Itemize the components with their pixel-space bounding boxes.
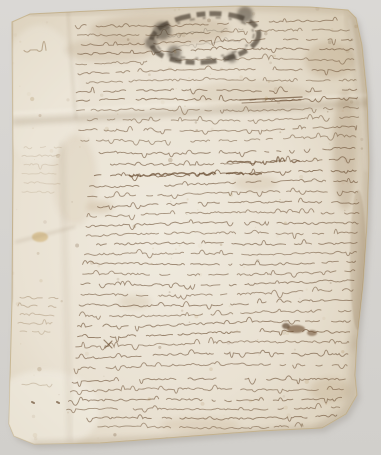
paper-speckle [34,375,35,376]
manuscript-svg [0,0,381,455]
paper-speckle [32,127,34,129]
paper-speckle [299,175,303,179]
paper-speckle [259,395,263,399]
paper-speckle [322,317,325,320]
paper-speckle [236,330,238,332]
paper-speckle [281,330,286,335]
paper-speckle [39,279,42,282]
paper-speckle [209,367,213,371]
paper-speckle [227,341,231,345]
paper-speckle [305,380,309,384]
paper-speckle [168,66,172,70]
paper-speckle [18,302,19,303]
paper-speckle [346,49,350,53]
paper-speckle [188,77,190,79]
paper-speckle [351,39,353,41]
paper-speckle [175,248,177,250]
manuscript-photo [0,0,381,455]
paper-speckle [151,263,153,265]
ink-mark [32,402,34,403]
paper-speckle [279,131,281,133]
paper-speckle [97,265,100,268]
paper-speckle [238,196,239,197]
paper-speckle [350,231,352,233]
paper-speckle [257,339,258,340]
paper-speckle [313,158,316,161]
paper-speckle [229,305,231,307]
paper-speckle [67,412,69,414]
paper-speckle [132,225,136,229]
paper-speckle [329,143,330,144]
paper-speckle [34,437,37,440]
paper-speckle [85,352,89,356]
paper-speckle [182,33,186,37]
paper-speckle [277,101,280,104]
paper-speckle [223,415,224,416]
paper-speckle [248,378,249,379]
paper-speckle [46,21,48,23]
paper-speckle [243,266,245,268]
paper-speckle [283,395,286,398]
paper-speckle [268,81,270,83]
paper-speckle [239,75,243,79]
paper-speckle [294,349,296,351]
paper-speckle [38,114,41,117]
paper-speckle [273,54,276,57]
paper-speckle [198,243,202,247]
paper-speckle [148,397,151,400]
paper-speckle [184,105,186,107]
stain [53,135,97,225]
paper-speckle [176,88,177,89]
paper-speckle [161,60,163,62]
paper-speckle [201,402,205,406]
paper-speckle [262,98,266,102]
paper-speckle [19,86,20,87]
paper-speckle [117,416,120,419]
paper-speckle [350,100,353,103]
paper-speckle [98,438,99,439]
paper-speckle [58,394,59,395]
paper-speckle [284,222,287,225]
paper-speckle [32,415,35,418]
paper-speckle [152,247,154,249]
paper-speckle [169,291,171,293]
paper-speckle [113,433,116,436]
paper-speckle [210,74,211,75]
paper-speckle [342,110,344,112]
paper-speckle [325,403,327,405]
paper-speckle [186,214,187,215]
paper-speckle [207,19,211,23]
paper-speckle [178,33,181,36]
paper-speckle [127,38,130,41]
paper-speckle [361,147,363,149]
paper-speckle [344,210,345,211]
paper-speckle [146,213,147,214]
paper-speckle [171,258,172,259]
stain [160,418,240,432]
stain [65,38,155,62]
paper-speckle [305,288,307,290]
paper-speckle [189,321,191,323]
paper-speckle [342,182,345,185]
paper-speckle [195,121,198,124]
paper-speckle [356,199,357,200]
paper-speckle [327,111,329,113]
paper-speckle [90,261,94,265]
paper-speckle [79,146,81,148]
paper-speckle [71,201,73,203]
paper-speckle [158,346,161,349]
paper-speckle [264,32,267,35]
paper-speckle [187,198,189,200]
paper-speckle [16,209,17,210]
paper-speckle [87,137,89,139]
paper-speckle [331,28,333,30]
paper-speckle [61,300,63,302]
paper-speckle [328,387,331,390]
paper-speckle [33,433,38,438]
paper-speckle [66,98,69,101]
paper-speckle [269,61,272,64]
paper-speckle [181,310,183,312]
stain [282,323,290,329]
paper-speckle [220,244,223,247]
paper-speckle [174,51,177,54]
paper-speckle [179,245,181,247]
paper-speckle [50,149,54,153]
paper-speckle [279,199,280,200]
paper-speckle [27,92,31,96]
paper-speckle [360,138,363,141]
paper-speckle [37,367,41,371]
paper-speckle [182,113,185,116]
paper-speckle [328,40,332,44]
paper-speckle [19,41,21,43]
paper-speckle [341,350,344,353]
paper-speckle [284,406,288,410]
paper-speckle [75,244,79,248]
paper-speckle [14,33,17,36]
paper-speckle [289,38,291,40]
paper-speckle [100,93,103,96]
paper-speckle [117,278,120,281]
paper-speckle [199,273,203,277]
paper-speckle [274,87,278,91]
paper-speckle [168,158,173,163]
paper-speckle [330,282,332,284]
paper-speckle [157,296,158,297]
paper-speckle [194,315,198,319]
paper-speckle [211,127,214,130]
paper-speckle [276,235,279,238]
paper-speckle [299,298,301,300]
paper-speckle [344,158,348,162]
paper-speckle [103,376,104,377]
paper-speckle [197,209,199,211]
paper-speckle [105,127,109,131]
paper-speckle [170,201,171,202]
paper-speckle [285,331,289,335]
paper-speckle [99,32,101,34]
paper-speckle [117,113,118,114]
paper-speckle [251,400,253,402]
paper-speckle [355,70,357,72]
paper-speckle [259,354,260,355]
paper-speckle [252,12,255,15]
paper-speckle [30,97,34,101]
paper-speckle [229,193,233,197]
ink-mark [57,402,59,403]
paper-speckle [20,343,21,344]
paper-speckle [148,73,151,76]
paper-speckle [255,227,256,228]
paper-speckle [56,154,60,158]
stain [190,81,310,109]
paper-speckle [220,68,223,71]
stain [233,175,277,191]
paper-speckle [256,259,259,262]
paper-speckle [43,220,47,224]
paper-speckle [34,159,35,160]
paper-speckle [37,252,40,255]
paper-speckle [252,313,253,314]
paper-speckle [286,413,290,417]
paper-speckle [161,100,165,104]
paper-speckle [195,129,198,132]
paper-speckle [347,183,348,184]
